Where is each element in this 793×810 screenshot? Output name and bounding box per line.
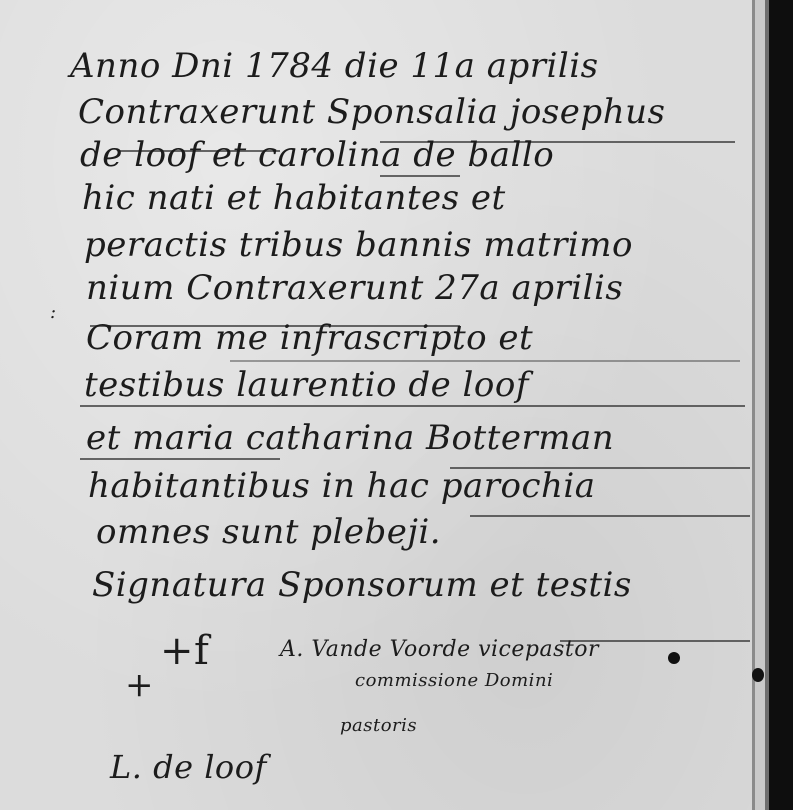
entry-line-10: habitantibus in hac parochia (88, 466, 596, 506)
ruling-line (80, 458, 280, 460)
margin-mark: : (50, 302, 57, 323)
entry-line-4: hic nati et habitantes et (82, 178, 506, 218)
priest-signature-line-1: A. Vande Voorde vicepastor (280, 637, 599, 662)
priest-signature-line-2: commissione Domini (355, 670, 553, 691)
ruling-line (230, 360, 740, 362)
priest-signature-line-3: pastoris (340, 715, 417, 736)
entry-line-12: Signatura Sponsorum et testis (92, 565, 632, 605)
ruling-line (80, 405, 745, 407)
ruling-line (380, 175, 460, 177)
entry-line-7: Coram me infrascripto et (86, 318, 533, 358)
binding-gap (755, 0, 765, 810)
entry-line-6: nium Contraxerunt 27a aprilis (86, 268, 623, 308)
entry-line-3: de loof et carolina de ballo (80, 135, 554, 175)
entry-line-5: peractis tribus bannis matrimo (84, 225, 633, 265)
entry-line-11: omnes sunt plebeji. (96, 512, 441, 552)
ink-blot (668, 652, 680, 664)
entry-line-2: Contraxerunt Sponsalia josephus (78, 92, 665, 132)
ink-blot (752, 668, 764, 682)
cross-mark-groom: + (125, 665, 154, 705)
entry-line-8: testibus laurentio de loof (84, 365, 529, 405)
entry-line-1: Anno Dni 1784 die 11a aprilis (70, 46, 599, 86)
cross-mark-bride: +f (160, 628, 209, 674)
witness-signature: L. de loof (110, 748, 267, 786)
book-gutter (769, 0, 793, 810)
ruling-line (470, 515, 750, 517)
entry-line-9: et maria catharina Botterman (86, 418, 614, 458)
